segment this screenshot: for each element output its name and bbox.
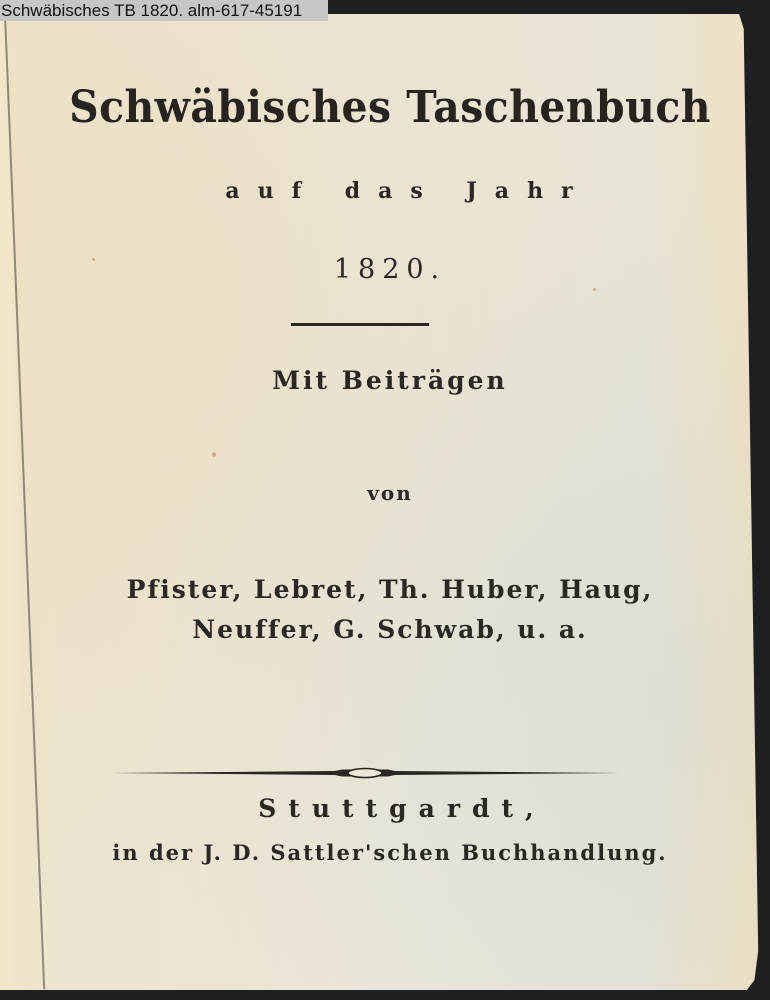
book-title: Schwäbisches Taschenbuch [65, 82, 716, 133]
ornamental-rule-icon [110, 766, 620, 780]
image-caption-label: Schwäbisches TB 1820. alm-617-45191 [0, 0, 328, 21]
publication-year: 1820. [40, 254, 740, 285]
by-label: von [40, 481, 740, 505]
divider-rule [291, 323, 429, 326]
publication-city: Stuttgardt, [40, 794, 752, 823]
title-page-content: Schwäbisches Taschenbuch auf das Jahr 18… [40, 14, 740, 990]
authors-line-2: Neuffer, G. Schwab, u. a. [40, 610, 740, 650]
publisher-line: in der J. D. Sattler'schen Buchhandlung. [40, 840, 740, 865]
authors-list: Pfister, Lebret, Th. Huber, Haug, Neuffe… [40, 570, 740, 650]
authors-line-1: Pfister, Lebret, Th. Huber, Haug, [40, 570, 740, 610]
book-subtitle: auf das Jahr [40, 178, 758, 204]
contributions-label: Mit Beiträgen [40, 366, 740, 395]
